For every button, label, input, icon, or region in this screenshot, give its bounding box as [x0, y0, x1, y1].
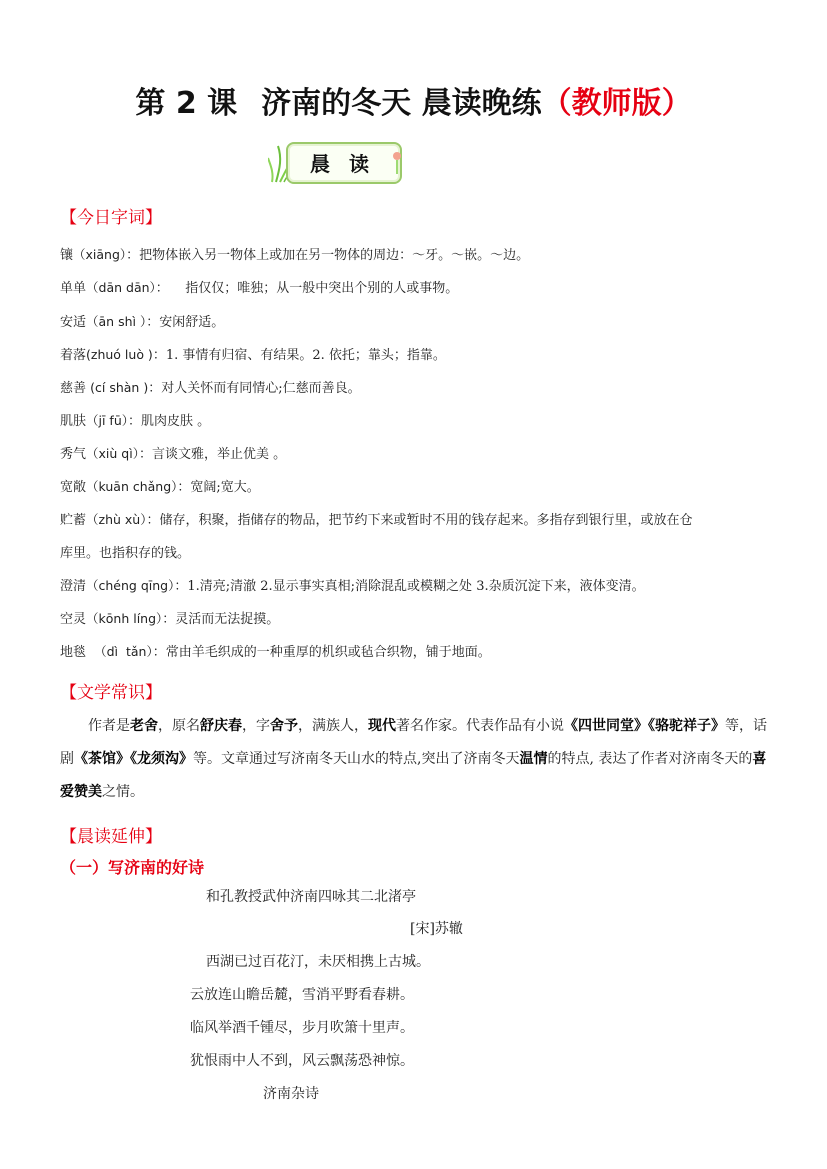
text-run: ，字 [242, 718, 270, 734]
vocab-item: 秀气（xiù qì）：言谈文雅，举止优美 。 [60, 443, 286, 462]
vocab-word: 澄清 [60, 579, 86, 594]
lesson-name: 济南的冬天 晨读晚练 [261, 86, 541, 121]
literary-paragraph: 作者是老舍，原名舒庆春，字舍予，满族人，现代著名作家。代表作品有小说《四世同堂》… [60, 710, 772, 809]
vocab-item: 宽敞（kuān chǎng）：宽阔;宽大。 [60, 476, 260, 495]
badge-label: 晨 读 [310, 148, 375, 177]
section-vocab: 【今日字词】 [60, 203, 162, 228]
vocab-item: 镶（xiāng）：把物体嵌入另一物体上或加在另一物体的周边：～牙。～嵌。～边。 [60, 244, 529, 263]
next-poem-title: 济南杂诗 [263, 1083, 319, 1103]
vocab-pinyin: （kuān chǎng） [86, 479, 177, 494]
text-run: 作者是 [88, 718, 130, 734]
vocab-item: 单单（dān dān）： 指仅仅；唯独；从一般中突出个别的人或事物。 [60, 277, 458, 296]
bold-run: 舒庆春 [200, 718, 242, 734]
text-run: 等。文章通过写济南冬天山水的特点,突出了济南冬天 [193, 751, 519, 767]
bold-run: 老舍 [130, 718, 158, 734]
vocab-word: 秀气 [60, 447, 86, 462]
poem-title: 和孔教授武仲济南四咏其二北渚亭 [206, 886, 416, 906]
poem-line: 犹恨雨中人不到，风云飘荡恐神惊。 [190, 1050, 414, 1070]
section-extension: 【晨读延伸】 [60, 822, 162, 847]
vocab-definition: 库里。也指积存的钱。 [60, 546, 190, 561]
vocab-word: 安适 [60, 315, 86, 330]
vocab-definition: ： 指仅仅；唯独；从一般中突出个别的人或事物。 [156, 281, 459, 296]
vocab-item-continued: 库里。也指积存的钱。 [60, 542, 190, 561]
vocab-pinyin: （ān shì ） [86, 314, 146, 329]
text-run: 著名作家。代表作品有小说 [396, 718, 564, 734]
text-run: ，原名 [158, 718, 200, 734]
vocab-word: 宽敞 [60, 480, 86, 495]
vocab-pinyin: (cí shàn ) [90, 380, 148, 395]
vocab-definition: ：肌肉皮肤 。 [128, 414, 210, 429]
vocab-definition: ：言谈文雅，举止优美 。 [139, 447, 286, 462]
vocab-definition: ：宽阔;宽大。 [177, 480, 259, 495]
poem-author: [宋]苏辙 [410, 918, 463, 938]
lesson-number: 第 2 课 [135, 86, 237, 121]
vocab-item: 慈善 (cí shàn )：对人关怀而有同情心;仁慈而善良。 [60, 377, 361, 396]
edition-label: （教师版） [542, 86, 692, 121]
bold-run: 温情 [519, 751, 547, 767]
vocab-item: 安适（ān shì ）：安闲舒适。 [60, 311, 224, 330]
bold-run: 现代 [368, 718, 396, 734]
bold-run: 《四世同堂》《骆驼祥子》 [564, 718, 725, 734]
vocab-word: 镶 [60, 248, 73, 263]
vocab-word: 着落 [60, 348, 86, 363]
poem-line: 云放连山瞻岳麓，雪消平野看春耕。 [190, 984, 414, 1004]
page-title: 第 2 课济南的冬天 晨读晚练（教师版） [0, 78, 827, 122]
vocab-definition: ：1. 事情有归宿、有结果。2. 依托；靠头；指靠。 [153, 348, 446, 363]
vocab-pinyin: （dì tǎn） [90, 644, 153, 659]
flower-icon [390, 150, 404, 174]
vocab-item: 肌肤（jī fū）：肌肉皮肤 。 [60, 410, 210, 429]
section-literary: 【文学常识】 [60, 678, 162, 703]
extension-subheading: （一）写济南的好诗 [60, 855, 204, 878]
text-run: ，满族人， [298, 718, 368, 734]
vocab-definition: ：安闲舒适。 [146, 315, 224, 330]
vocab-definition: ：把物体嵌入另一物体上或加在另一物体的周边：～牙。～嵌。～边。 [126, 248, 529, 263]
vocab-pinyin: （xiù qì） [86, 446, 139, 461]
poem-line: 西湖已过百花汀，未厌相携上古城。 [206, 951, 430, 971]
vocab-pinyin: （chéng qīng） [86, 578, 174, 593]
vocab-definition: ：1.清亮;清澈 2.显示事实真相;消除混乱或模糊之处 3.杂质沉淀下来，液体变… [174, 579, 644, 594]
text-run: 之情。 [102, 784, 144, 800]
vocab-pinyin: (zhuó luò ) [86, 347, 153, 362]
vocab-definition: ：灵活而无法捉摸。 [162, 612, 279, 627]
vocab-item: 贮蓄（zhù xù）：储存，积聚，指储存的物品，把节约下来或暂时不用的钱存起来。… [60, 509, 692, 528]
vocab-pinyin: （zhù xù） [86, 512, 146, 527]
vocab-item: 着落(zhuó luò )：1. 事情有归宿、有结果。2. 依托；靠头；指靠。 [60, 344, 446, 363]
vocab-word: 地毯 [60, 645, 90, 660]
vocab-item: 地毯 （dì tǎn）：常由羊毛织成的一种重厚的机织或毡合织物，铺于地面。 [60, 641, 491, 660]
bold-run: 《茶馆》《龙须沟》 [74, 751, 193, 767]
morning-reading-badge: 晨 读 [268, 138, 404, 184]
vocab-pinyin: （kōnh líng） [86, 611, 162, 626]
vocab-definition: ：对人关怀而有同情心;仁慈而善良。 [148, 381, 360, 396]
vocab-word: 空灵 [60, 612, 86, 627]
vocab-pinyin: （dān dān） [86, 280, 156, 295]
vocab-definition: ：常由羊毛织成的一种重厚的机织或毡合织物，铺于地面。 [153, 645, 491, 660]
vocab-definition: ：储存，积聚，指储存的物品，把节约下来或暂时不用的钱存起来。多指存到银行里，或放… [146, 513, 692, 528]
vocab-item: 澄清（chéng qīng）：1.清亮;清澈 2.显示事实真相;消除混乱或模糊之… [60, 575, 645, 594]
poem-line: 临风举酒千锺尽，步月吹箫十里声。 [190, 1017, 414, 1037]
bold-run: 舍予 [270, 718, 298, 734]
vocab-word: 肌肤 [60, 414, 86, 429]
vocab-word: 贮蓄 [60, 513, 86, 528]
vocab-word: 慈善 [60, 381, 90, 396]
text-run: 的特点, 表达了作者对济南冬天的 [547, 751, 752, 767]
vocab-pinyin: （xiāng） [73, 247, 126, 262]
vocab-item: 空灵（kōnh líng）：灵活而无法捉摸。 [60, 608, 279, 627]
vocab-pinyin: （jī fū） [86, 413, 128, 428]
vocab-word: 单单 [60, 281, 86, 296]
